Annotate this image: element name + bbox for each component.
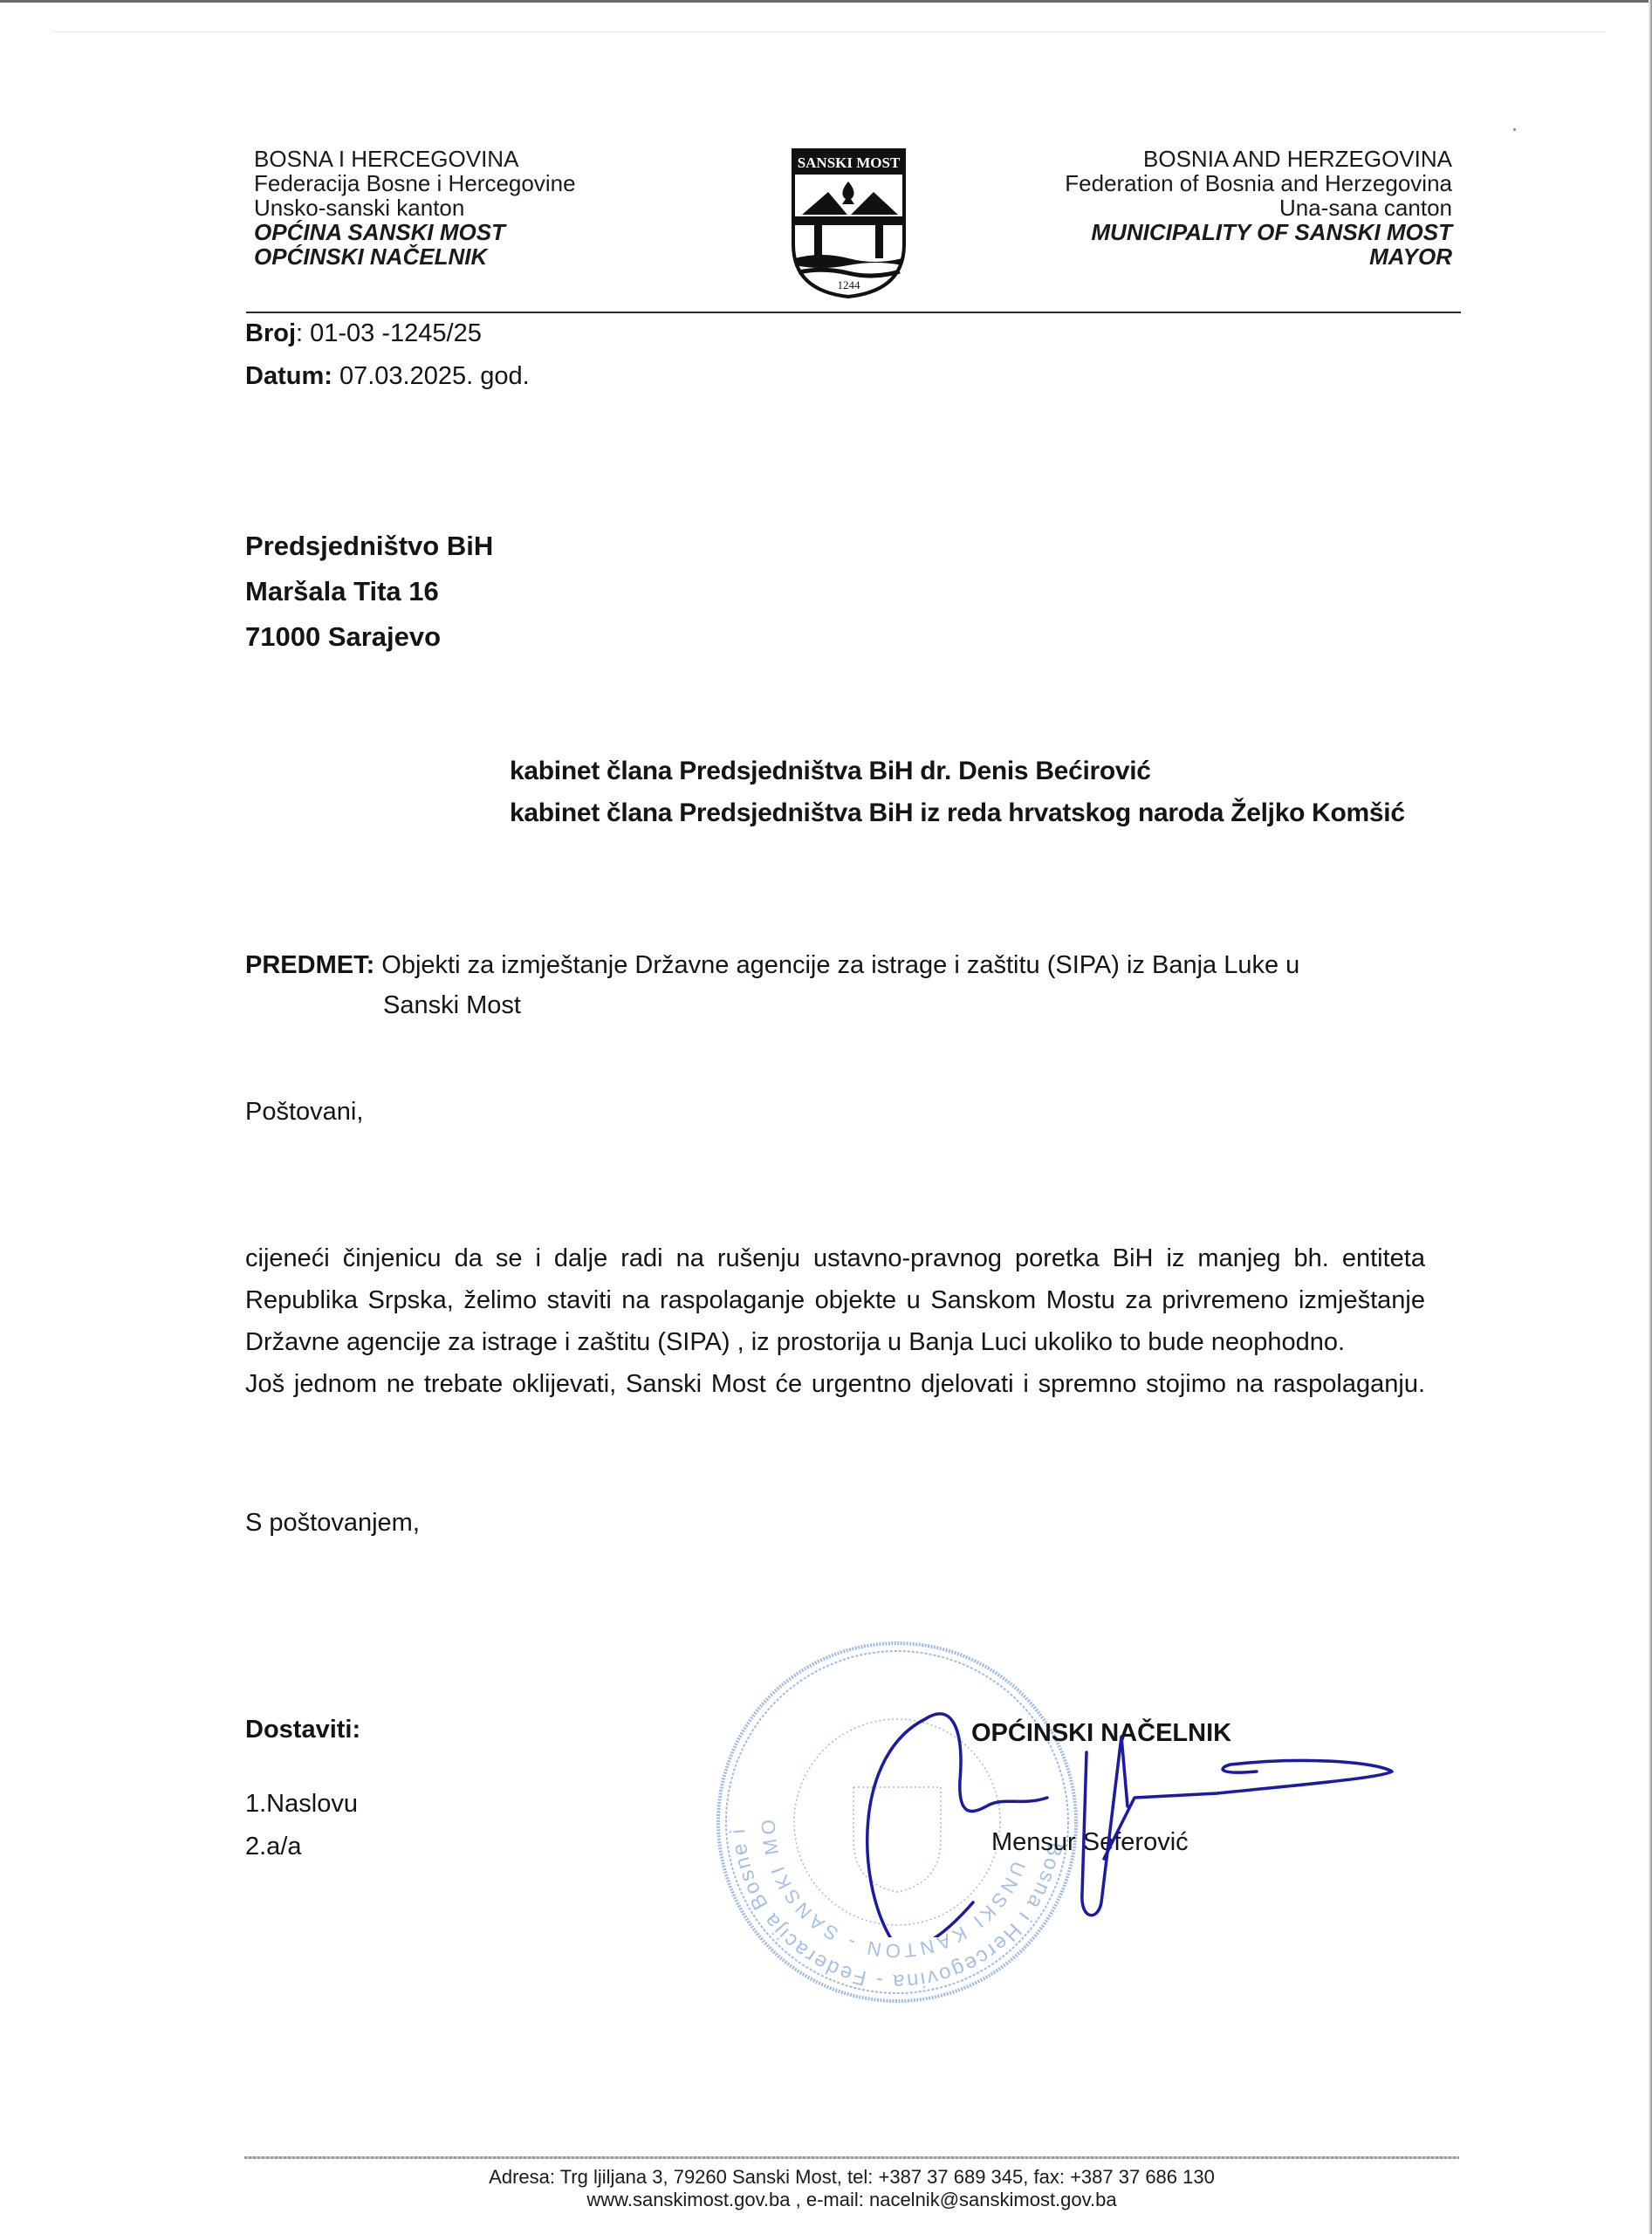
document-date: Datum: 07.03.2025. god.: [245, 361, 530, 391]
recipient-name: Predsjedništvo BiH: [245, 524, 493, 569]
footer-divider: [244, 2156, 1459, 2159]
cabinet-line: kabinet člana Predsjedništva BiH iz reda…: [510, 792, 1405, 834]
recipient-address: Predsjedništvo BiH Maršala Tita 16 71000…: [245, 524, 493, 660]
letterhead-divider: [246, 312, 1461, 313]
distribution-item: 2.a/a: [245, 1826, 358, 1868]
office-name-local: OPĆINSKI NAČELNIK: [254, 244, 576, 269]
scan-speck: [1513, 128, 1516, 131]
country-name-local: BOSNA I HERCEGOVINA: [254, 147, 576, 171]
municipality-name-local: OPĆINA SANSKI MOST: [254, 220, 576, 244]
federation-name-en: Federation of Bosnia and Herzegovina: [1065, 171, 1452, 195]
reference-number: Broj: 01-03 -1245/25: [245, 319, 482, 348]
subject-text-continued: Sanski Most: [245, 985, 1467, 1025]
footer-web-email: www.sanskimost.gov.ba , e-mail: nacelnik…: [244, 2189, 1459, 2211]
cabinet-line: kabinet člana Predsjedništva BiH dr. Den…: [510, 750, 1405, 792]
body-line: Još jednom ne trebate oklijevati, Sanski…: [245, 1363, 1425, 1405]
cabinet-recipients: kabinet člana Predsjedništva BiH dr. Den…: [510, 750, 1405, 834]
subject-text: Objekti za izmještanje Državne agencije …: [374, 951, 1299, 979]
country-name-en: BOSNIA AND HERZEGOVINA: [1065, 147, 1452, 171]
letterhead-left: BOSNA I HERCEGOVINA Federacija Bosne i H…: [254, 147, 576, 269]
recipient-street: Maršala Tita 16: [245, 569, 493, 614]
closing: S poštovanjem,: [245, 1508, 420, 1538]
canton-name-en: Una-sana canton: [1065, 195, 1452, 220]
letterhead-right: BOSNIA AND HERZEGOVINA Federation of Bos…: [1065, 147, 1452, 269]
reference-number-value: : 01-03 -1245/25: [296, 319, 482, 347]
subject: PREDMET: Objekti za izmještanje Državne …: [245, 945, 1467, 1025]
federation-name-local: Federacija Bosne i Hercegovine: [254, 171, 576, 195]
document-date-label: Datum:: [245, 362, 332, 390]
document-date-value: 07.03.2025. god.: [332, 362, 530, 390]
footer-contact: Adresa: Trg ljiljana 3, 79260 Sanski Mos…: [244, 2166, 1459, 2211]
svg-text:1244: 1244: [838, 278, 861, 291]
subject-label: PREDMET:: [245, 951, 374, 979]
scan-artifact-line: [52, 31, 1606, 32]
office-name-en: MAYOR: [1065, 244, 1452, 269]
recipient-city: 71000 Sarajevo: [245, 614, 493, 660]
distribution-item: 1.Naslovu: [245, 1783, 358, 1826]
municipality-name-en: MUNICIPALITY OF SANSKI MOST: [1065, 220, 1452, 244]
svg-text:SANSKI MOST: SANSKI MOST: [798, 154, 901, 171]
body-line: Državne agencije za istrage i zaštitu (S…: [245, 1321, 1425, 1363]
body-line: Republika Srpska, želimo staviti na rasp…: [245, 1279, 1425, 1321]
canton-name-local: Unsko-sanski kanton: [254, 195, 576, 220]
body-paragraph: cijeneći činjenicu da se i dalje radi na…: [245, 1237, 1425, 1405]
body-line: cijeneći činjenicu da se i dalje radi na…: [245, 1237, 1425, 1279]
coat-of-arms-icon: SANSKI MOST 1244: [790, 147, 908, 299]
salutation: Poštovani,: [245, 1097, 363, 1127]
scan-edge-top: [0, 0, 1652, 3]
distribution-title: Dostaviti:: [245, 1716, 360, 1744]
footer-address: Adresa: Trg ljiljana 3, 79260 Sanski Mos…: [244, 2166, 1459, 2189]
scan-edge-right: [1649, 0, 1652, 2234]
handwritten-signature: [820, 1702, 1414, 1937]
reference-number-label: Broj: [245, 319, 296, 347]
distribution-list: 1.Naslovu 2.a/a: [245, 1783, 358, 1868]
